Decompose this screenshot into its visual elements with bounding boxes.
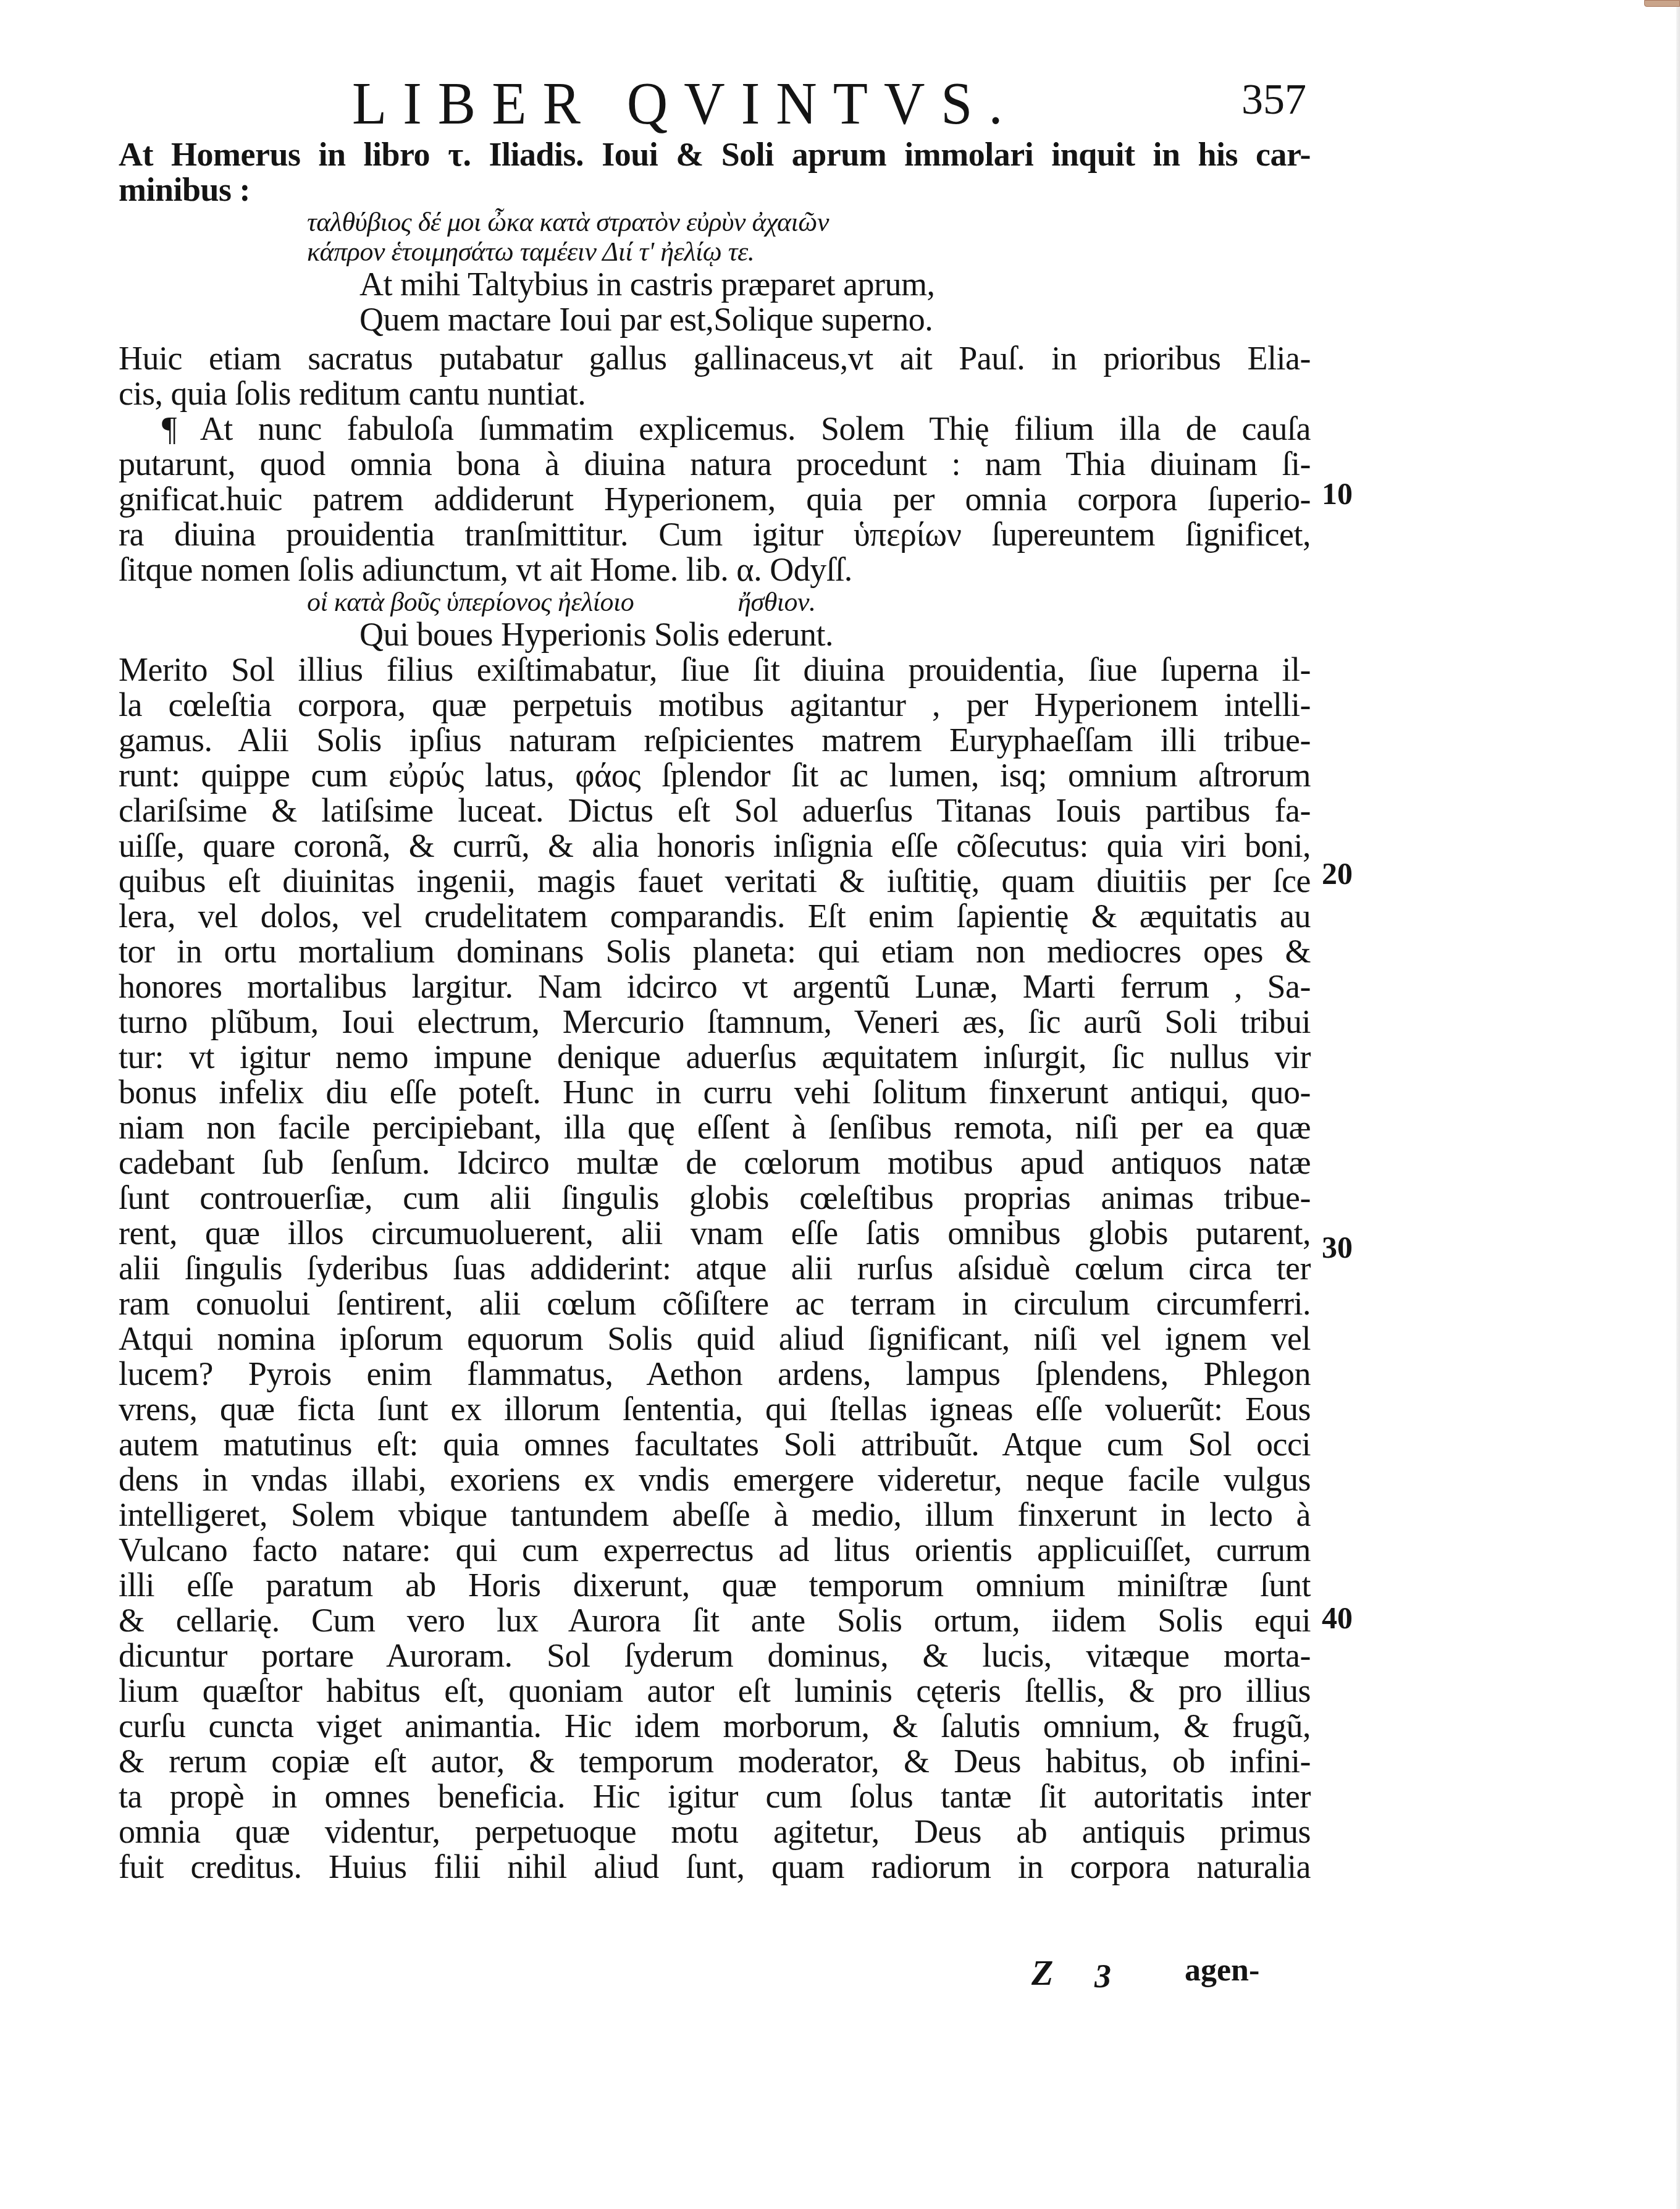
greek-verse-line: κάπρον ἑτοιμησάτω ταμέειν Διί τ' ἠελίῳ τ… bbox=[119, 237, 1311, 267]
text-line: niam non facile percipiebant, illa quę e… bbox=[119, 1110, 1311, 1145]
text-line: alii ſingulis ſyderibus ſuas addiderint:… bbox=[119, 1251, 1311, 1286]
text-line: intelligeret, Solem vbique tantundem abe… bbox=[119, 1497, 1311, 1533]
text-line: vrens, quæ ficta ſunt ex illorum ſentent… bbox=[119, 1392, 1311, 1427]
text-line: lera, vel dolos, vel crudelitatem compar… bbox=[119, 899, 1311, 934]
text-line: omnia quæ videntur, perpetuoque motu agi… bbox=[119, 1814, 1311, 1849]
page-number: 357 bbox=[1241, 69, 1306, 131]
text-line: dens in vndas illabi, exoriens ex vndis … bbox=[119, 1462, 1311, 1497]
text-line: gamus. Alii Solis ipſius naturam reſpici… bbox=[119, 723, 1311, 758]
latin-verse-line: Quem mactare Ioui par est,Solique supern… bbox=[119, 302, 1311, 337]
text-line: rent, quæ illos circumuoluerent, alii vn… bbox=[119, 1216, 1311, 1251]
text-line: la cœleſtia corpora, quæ perpetuis motib… bbox=[119, 688, 1311, 723]
text-line: cis, quia ſolis reditum cantu nuntiat. bbox=[119, 376, 1311, 411]
text-line: cadebant ſub ſenſum. Idcirco multæ de cœ… bbox=[119, 1145, 1311, 1180]
text-line: lucem? Pyrois enim flammatus, Aethon ard… bbox=[119, 1357, 1311, 1392]
text-line: fuit creditus. Huius filii nihil aliud ſ… bbox=[119, 1849, 1311, 1885]
text-line: ra diuina prouidentia tranſmittitur. Cum… bbox=[119, 517, 1311, 552]
text-line: turno plũbum, Ioui electrum, Mercurio ſt… bbox=[119, 1004, 1311, 1040]
text-line: tor in ortu mortalium dominans Solis pla… bbox=[119, 934, 1311, 969]
text-line: illi eſſe paratum ab Horis dixerunt, quæ… bbox=[119, 1568, 1311, 1603]
latin-verse-line: Qui boues Hyperionis Solis ederunt. bbox=[119, 617, 1311, 652]
margin-line-number: 10 bbox=[1322, 476, 1353, 511]
text-line: & cellarię. Cum vero lux Aurora ſit ante… bbox=[119, 1603, 1311, 1638]
page-tab-marker bbox=[1644, 0, 1680, 7]
text-line: dicuntur portare Auroram. Sol ſyderum do… bbox=[119, 1638, 1311, 1673]
text-line: quibus eſt diuinitas ingenii, magis faue… bbox=[119, 864, 1311, 899]
text-line: ta propè in omnes beneficia. Hic igitur … bbox=[119, 1779, 1311, 1814]
signature-mark: Z bbox=[1031, 1952, 1053, 1993]
margin-line-number: 30 bbox=[1322, 1229, 1353, 1265]
text-line: autem matutinus eſt: quia omnes facultat… bbox=[119, 1427, 1311, 1462]
margin-line-number: 20 bbox=[1322, 856, 1353, 891]
text-line: runt: quippe cum εὐρύς latus, φάος ſplen… bbox=[119, 758, 1311, 793]
text-line: uiſſe, quare coronã, & currũ, & alia hon… bbox=[119, 828, 1311, 864]
margin-line-number: 40 bbox=[1322, 1600, 1353, 1636]
text-line: putarunt, quod omnia bona à diuina natur… bbox=[119, 447, 1311, 482]
catchword: agen- bbox=[1185, 1952, 1259, 1988]
text-line: honores mortalibus largitur. Nam idcirco… bbox=[119, 969, 1311, 1004]
text-line: gnificat.huic patrem addiderunt Hyperion… bbox=[119, 482, 1311, 517]
text-line: tur: vt igitur nemo impune denique aduer… bbox=[119, 1040, 1311, 1075]
page-footer: Z 3 agen- bbox=[0, 1952, 1680, 2001]
text-line: Merito Sol illius filius exiſtimabatur, … bbox=[119, 652, 1311, 688]
text-line: & rerum copiæ eſt autor, & temporum mode… bbox=[119, 1744, 1311, 1779]
greek-verse-line: οἱ κατὰ βοῦς ὑπερίονος ἠελίοιο ἤσθιον. bbox=[119, 587, 1311, 617]
signature-number: 3 bbox=[1094, 1957, 1111, 1995]
text-line: ram conuolui ſentirent, alii cœlum cõſiſ… bbox=[119, 1286, 1311, 1321]
text-line: lium quæſtor habitus eſt, quoniam autor … bbox=[119, 1673, 1311, 1709]
text-line: minibus : bbox=[119, 172, 1311, 208]
text-line: Atqui nomina ipſorum equorum Solis quid … bbox=[119, 1321, 1311, 1357]
text-line: bonus infelix diu eſſe poteſt. Hunc in c… bbox=[119, 1075, 1311, 1110]
running-title: LIBER QVINTVS. bbox=[352, 67, 1019, 139]
text-line: Vulcano facto natare: qui cum experrectu… bbox=[119, 1533, 1311, 1568]
latin-verse-line: At mihi Taltybius in castris præparet ap… bbox=[119, 267, 1311, 302]
greek-verse-line: ταλθύβιος δέ μοι ὦκα κατὰ στρατὸν εὐρὺν … bbox=[119, 208, 1311, 237]
text-line: Huic etiam sacratus putabatur gallus gal… bbox=[119, 341, 1311, 376]
page-header: LIBER QVINTVS. 357 bbox=[352, 69, 1316, 137]
text-line: clariſsime & latiſsime luceat. Dictus eſ… bbox=[119, 793, 1311, 828]
page-edge bbox=[1676, 0, 1680, 2209]
text-line: ſunt controuerſiæ, cum alii ſingulis glo… bbox=[119, 1180, 1311, 1216]
text-line: curſu cuncta viget animantia. Hic idem m… bbox=[119, 1709, 1311, 1744]
paragraph-start-line: ¶ At nunc fabuloſa ſummatim explicemus. … bbox=[119, 411, 1311, 447]
body-text: At Homerus in libro τ. Iliadis. Ioui & S… bbox=[119, 137, 1311, 1885]
text-line: ſitque nomen ſolis adiunctum, vt ait Hom… bbox=[119, 552, 1311, 587]
text-line: At Homerus in libro τ. Iliadis. Ioui & S… bbox=[119, 137, 1311, 172]
